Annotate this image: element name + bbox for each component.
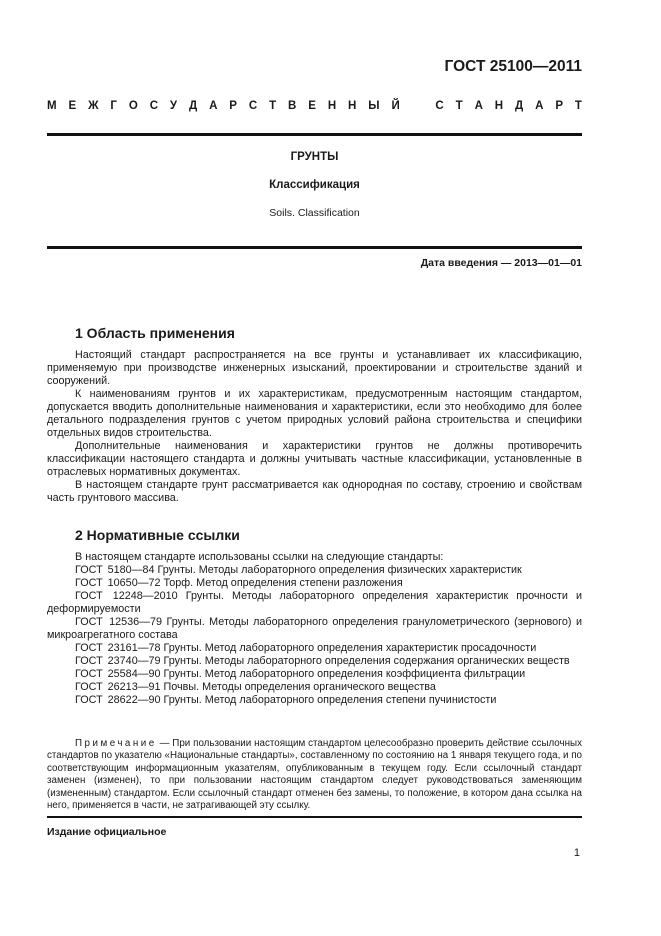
section-2-heading: 2 Нормативные ссылки (75, 527, 240, 543)
banner-letter: Г (110, 100, 117, 112)
reference-title: Грунты. Методы лабораторного определения… (158, 564, 522, 576)
references-list: ГОСТ 5180—84 Грунты. Методы лабораторног… (47, 564, 582, 707)
reference-code: ГОСТ 25584—90 (75, 668, 161, 680)
banner-letter: Н (495, 100, 503, 112)
reference-item: ГОСТ 12248—2010 Грунты. Методы лаборатор… (47, 590, 582, 616)
banner-letter: А (209, 100, 217, 112)
reference-title: Грунты. Метод лабораторного определения … (164, 694, 497, 706)
banner-letter: Е (308, 100, 316, 112)
banner-letter: Н (348, 100, 356, 112)
banner-letter: Т (456, 100, 463, 112)
banner-letter: С (150, 100, 158, 112)
section-2-body: В настоящем стандарте использованы ссылк… (47, 551, 582, 707)
reference-title: Почвы. Методы определения органического … (164, 681, 436, 693)
reference-title: Грунты. Метод лабораторного определения … (164, 642, 537, 654)
reference-item: ГОСТ 5180—84 Грунты. Методы лабораторног… (47, 564, 582, 577)
reference-code: ГОСТ 23740—79 (75, 655, 161, 667)
reference-item: ГОСТ 26213—91 Почвы. Методы определения … (47, 681, 582, 694)
document-title-english: Soils. Classification (47, 207, 582, 219)
reference-code: ГОСТ 10650—72 (75, 577, 161, 589)
banner-letter: А (535, 100, 543, 112)
reference-code: ГОСТ 12536—79 (75, 616, 162, 628)
section-1-paragraph: Дополнительные наименования и характерис… (47, 440, 582, 479)
title-rule (47, 246, 582, 249)
section-1-heading: 1 Область применения (75, 325, 235, 341)
banner-letter: Д (515, 100, 523, 112)
banner-letter: Н (328, 100, 336, 112)
banner-letter: Д (189, 100, 197, 112)
reference-title: Торф. Метод определения степени разложен… (164, 577, 403, 589)
banner-letter: М (47, 100, 57, 112)
official-edition-label: Издание официальное (47, 826, 166, 838)
footer-rule (47, 816, 582, 818)
document-subtitle: Классификация (47, 179, 582, 191)
reference-item: ГОСТ 23161—78 Грунты. Метод лабораторног… (47, 642, 582, 655)
reference-code: ГОСТ 26213—91 (75, 681, 161, 693)
banner-letter: Е (69, 100, 77, 112)
banner-letter: О (129, 100, 138, 112)
reference-item: ГОСТ 23740—79 Грунты. Методы лабораторно… (47, 655, 582, 668)
header-rule (47, 133, 582, 136)
banner-letter: Р (229, 100, 237, 112)
references-note: Примечание — При пользовании настоящим с… (47, 738, 582, 812)
banner-letter: Ы (368, 100, 379, 112)
section-1-paragraph: Настоящий стандарт распространяется на в… (47, 349, 582, 388)
reference-item: ГОСТ 10650—72 Торф. Метод определения ст… (47, 577, 582, 590)
references-intro: В настоящем стандарте использованы ссылк… (47, 551, 582, 564)
page-number: 1 (574, 847, 580, 859)
section-1-paragraph: К наименованиям грунтов и их характерист… (47, 388, 582, 440)
reference-item: ГОСТ 12536—79 Грунты. Методы лабораторно… (47, 616, 582, 642)
section-1-paragraph: В настоящем стандарте грунт рассматривае… (47, 479, 582, 505)
banner-letter: Т (575, 100, 582, 112)
interstate-standard-banner: МЕЖГОСУДАРСТВЕННЫЙСТАНДАРТ (47, 100, 582, 112)
reference-code: ГОСТ 12248—2010 (75, 590, 178, 602)
banner-letter: Т (269, 100, 276, 112)
banner-letter: Ж (88, 100, 98, 112)
banner-letter: В (288, 100, 296, 112)
reference-title: Грунты. Методы лабораторного определения… (164, 655, 570, 667)
document-title: ГРУНТЫ (47, 151, 582, 163)
reference-item: ГОСТ 25584—90 Грунты. Метод лабораторног… (47, 668, 582, 681)
section-1-body: Настоящий стандарт распространяется на в… (47, 349, 582, 505)
banner-letter: Й (391, 100, 399, 112)
banner-letter: С (435, 100, 443, 112)
banner-letter: С (249, 100, 257, 112)
introduction-date: Дата введения — 2013—01—01 (421, 257, 582, 269)
banner-letter: У (170, 100, 177, 112)
document-code: ГОСТ 25100—2011 (445, 58, 582, 76)
reference-title: Грунты. Метод лабораторного определения … (164, 668, 526, 680)
note-label: Примечание (75, 738, 157, 749)
reference-item: ГОСТ 28622—90 Грунты. Метод лабораторног… (47, 694, 582, 707)
banner-letter: А (475, 100, 483, 112)
reference-code: ГОСТ 28622—90 (75, 694, 161, 706)
reference-code: ГОСТ 23161—78 (75, 642, 161, 654)
banner-letter: Р (555, 100, 563, 112)
reference-code: ГОСТ 5180—84 (75, 564, 155, 576)
